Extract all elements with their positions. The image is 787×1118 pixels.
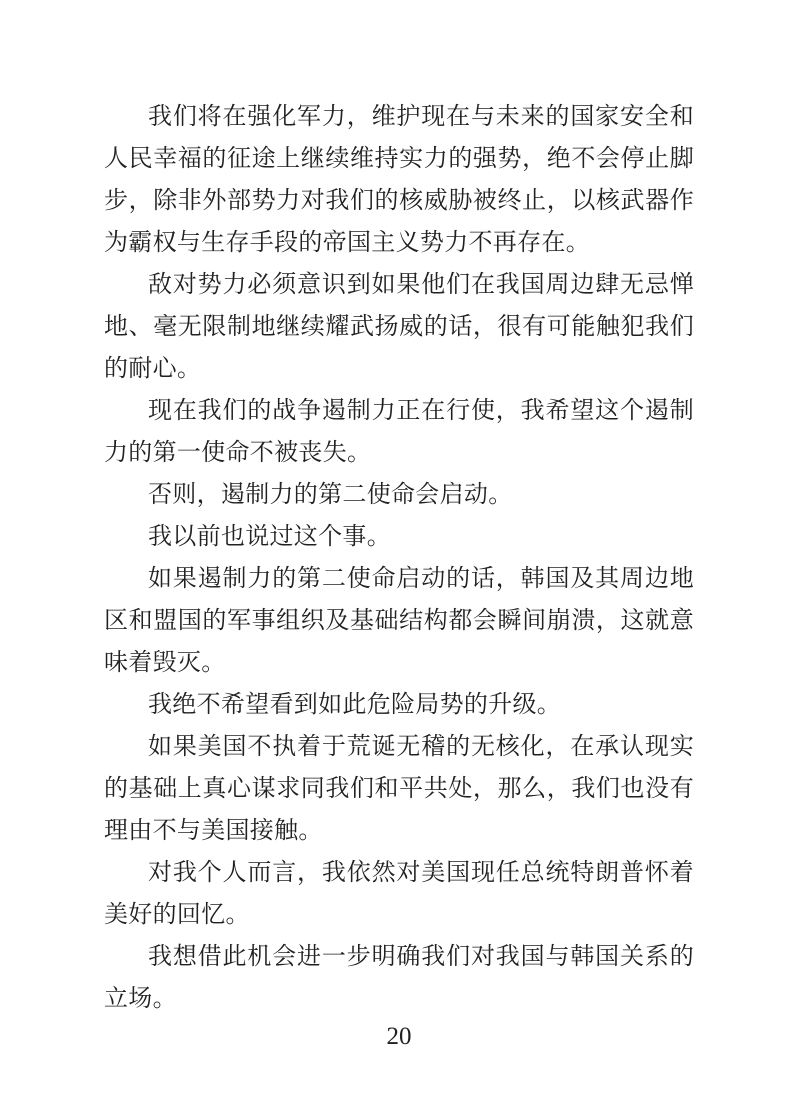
paragraph: 我绝不希望看到如此危险局势的升级。: [104, 684, 694, 726]
paragraph: 我想借此机会进一步明确我们对我国与韩国关系的立场。: [104, 936, 694, 1020]
paragraph: 我们将在强化军力，维护现在与未来的国家安全和人民幸福的征途上继续维持实力的强势，…: [104, 96, 694, 264]
paragraph: 对我个人而言，我依然对美国现任总统特朗普怀着美好的回忆。: [104, 852, 694, 936]
paragraph: 我以前也说过这个事。: [104, 516, 694, 558]
paragraph: 如果遏制力的第二使命启动的话，韩国及其周边地区和盟国的军事组织及基础结构都会瞬间…: [104, 558, 694, 684]
document-page: 我们将在强化军力，维护现在与未来的国家安全和人民幸福的征途上继续维持实力的强势，…: [0, 0, 787, 1118]
paragraph: 敌对势力必须意识到如果他们在我国周边肆无忌惮地、毫无限制地继续耀武扬威的话，很有…: [104, 264, 694, 390]
document-body: 我们将在强化军力，维护现在与未来的国家安全和人民幸福的征途上继续维持实力的强势，…: [104, 96, 694, 1020]
paragraph: 现在我们的战争遏制力正在行使，我希望这个遏制力的第一使命不被丧失。: [104, 390, 694, 474]
page-number: 20: [104, 1022, 694, 1052]
paragraph: 如果美国不执着于荒诞无稽的无核化，在承认现实的基础上真心谋求同我们和平共处，那么…: [104, 726, 694, 852]
paragraph: 否则，遏制力的第二使命会启动。: [104, 474, 694, 516]
